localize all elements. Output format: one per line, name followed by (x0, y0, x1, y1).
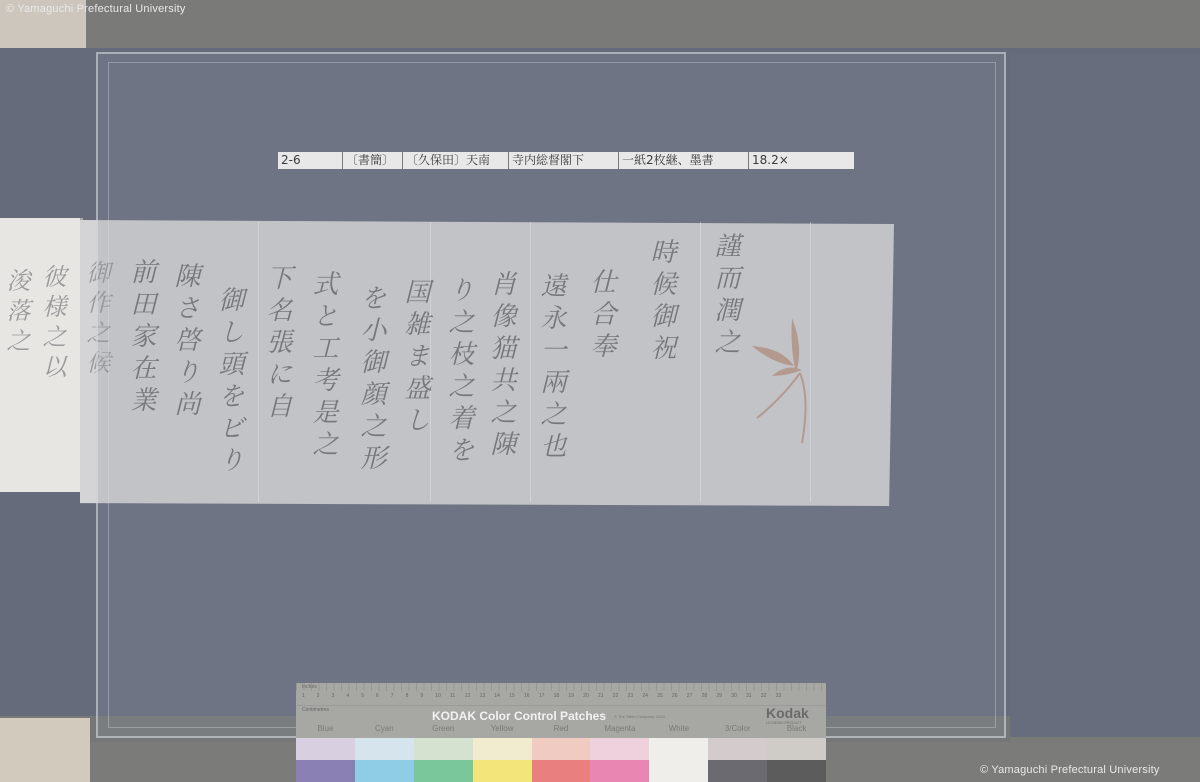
ruler-cm-label: Centimetres (302, 707, 329, 713)
kodak-logo: Kodak (766, 705, 809, 721)
ruler-cm-mark: 11 (450, 693, 455, 699)
ruler-cm-mark: 24 (642, 693, 648, 699)
ruler-cm-mark: 26 (672, 693, 678, 699)
ruler-cm-mark: 29 (716, 693, 722, 699)
color-patch-3-color (708, 738, 767, 782)
catalog-field-recipient: 寺内総督閣下 (508, 152, 618, 169)
ruler-cm-mark: 31 (746, 693, 752, 699)
mounting-board-right (1010, 55, 1200, 737)
ruler-cm-mark: 3 (332, 693, 335, 699)
ruler-cm-mark: 9 (420, 693, 423, 699)
ruler-cm-mark: 20 (583, 693, 589, 699)
ruler-cm-mark: 30 (731, 693, 737, 699)
ruler-cm-mark: 19 (568, 693, 574, 699)
color-patch-green (414, 738, 473, 782)
ruler-cm-mark: 2 (317, 693, 320, 699)
color-patch-red (532, 738, 591, 782)
catalog-field-size: 18.2× (748, 152, 854, 169)
ruler-cm-mark: 6 (376, 693, 379, 699)
ruler-cm-mark: 23 (628, 693, 634, 699)
catalog-field-format: 一紙2枚継、墨書 (618, 152, 748, 169)
color-patch-yellow (473, 738, 532, 782)
ruler-cm-mark: 16 (524, 693, 530, 699)
ruler-cm-mark: 18 (554, 693, 560, 699)
catalog-field-type: 〔書簡〕 (342, 152, 402, 169)
copyright-top-left: © Yamaguchi Prefectural University (6, 3, 186, 15)
color-patches (296, 738, 826, 782)
patch-label-blue: Blue (296, 724, 355, 736)
ruler-cm-mark: 22 (613, 693, 619, 699)
color-patch-blue (296, 738, 355, 782)
ruler-cm-mark: 17 (539, 693, 545, 699)
calligraphy-column: 彼様之以 (40, 264, 64, 384)
ruler: Inches 123456789101112131415161718192021… (296, 683, 826, 706)
ruler-inches-label: Inches (302, 684, 317, 690)
beige-paper-bottom-left (0, 718, 90, 782)
patch-label-black: Black (767, 724, 826, 736)
ruler-cm-mark: 15 (509, 693, 515, 699)
ruler-cm-mark: 13 (480, 693, 486, 699)
ruler-cm-mark: 28 (702, 693, 708, 699)
ruler-ticks (296, 683, 826, 691)
ruler-cm-mark: 25 (657, 693, 663, 699)
ruler-cm-mark: 8 (406, 693, 409, 699)
ruler-cm-mark: 5 (361, 693, 364, 699)
patch-label-green: Green (414, 724, 473, 736)
patch-labels: BlueCyanGreenYellowRedMagentaWhite3/Colo… (296, 724, 826, 736)
patch-label-white: White (649, 724, 708, 736)
color-patch-magenta (590, 738, 649, 782)
ruler-cm-mark: 21 (598, 693, 604, 699)
catalog-field-sender: 〔久保田〕天南 (402, 152, 508, 169)
copyright-bottom-right: © Yamaguchi Prefectural University (980, 764, 1160, 776)
kodak-trademark: © The Tiffen Company, 2000 (614, 714, 665, 719)
ruler-cm-mark: 4 (346, 693, 349, 699)
catalog-label: 2-6〔書簡〕〔久保田〕天南寺内総督閣下一紙2枚継、墨書18.2× (278, 152, 854, 169)
patch-label-yellow: Yellow (473, 724, 532, 736)
ruler-cm-mark: 1 (302, 693, 305, 699)
color-patch-black (767, 738, 826, 782)
ruler-cm-mark: 7 (391, 693, 394, 699)
ruler-cm-mark: 10 (435, 693, 441, 699)
patch-label-magenta: Magenta (590, 724, 649, 736)
ruler-cm-mark: 14 (494, 693, 500, 699)
calligraphy-column: 浚落之 (4, 268, 28, 358)
patch-label-red: Red (532, 724, 591, 736)
ruler-cm-mark: 32 (761, 693, 767, 699)
color-patch-cyan (355, 738, 414, 782)
kodak-title: KODAK Color Control Patches (432, 709, 606, 723)
ruler-cm-mark: 33 (776, 693, 782, 699)
color-patch-white (649, 738, 708, 782)
ruler-cm-mark: 27 (687, 693, 693, 699)
catalog-field-id: 2-6 (278, 152, 342, 169)
patch-label-cyan: Cyan (355, 724, 414, 736)
kodak-color-chart: Inches 123456789101112131415161718192021… (296, 683, 826, 782)
ruler-cm-mark: 12 (465, 693, 471, 699)
patch-label-3-color: 3/Color (708, 724, 767, 736)
